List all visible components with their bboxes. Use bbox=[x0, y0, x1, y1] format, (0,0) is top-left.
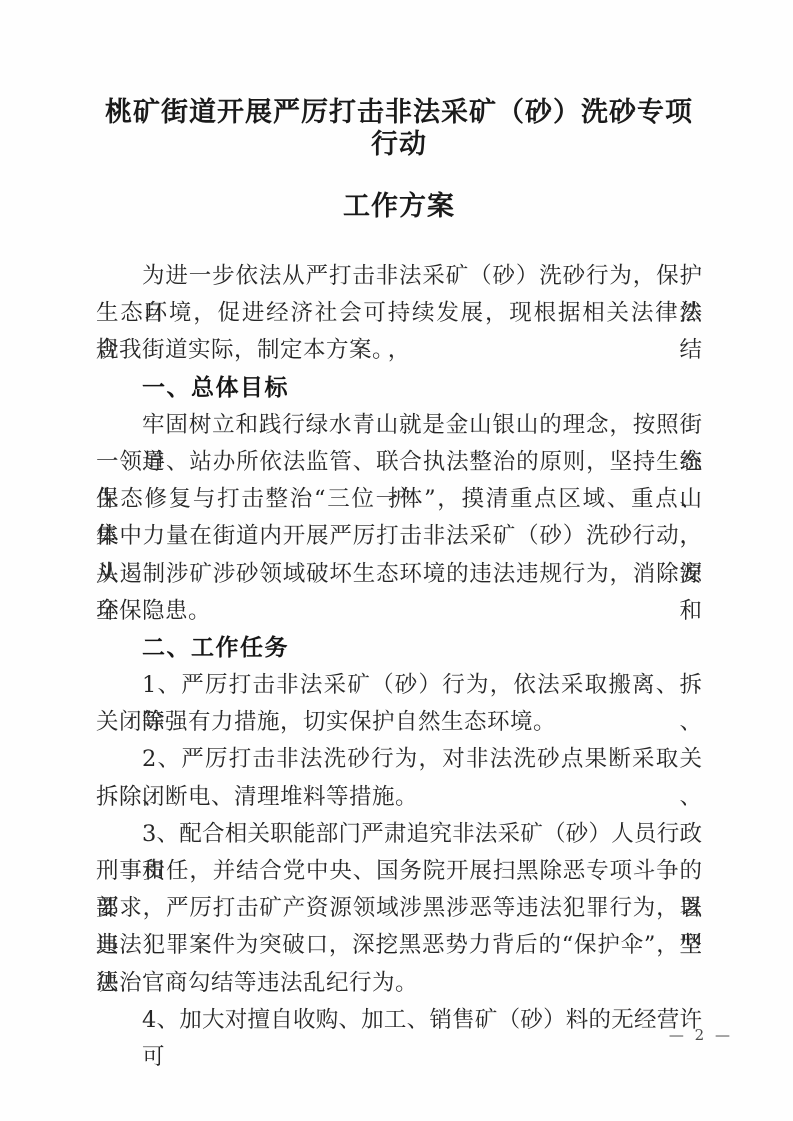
body-line: 一领导、站办所依法监管、联合执法整治的原则，坚持生态保护、 bbox=[96, 444, 702, 481]
section-heading: 一、总体目标 bbox=[96, 370, 702, 407]
body-line: 集中力量在街道内开展严厉打击非法采矿（砂）洗砂行动，从源 bbox=[96, 518, 702, 555]
body-line: 牢固树立和践行绿水青山就是金山银山的理念，按照街道统 bbox=[96, 407, 702, 444]
body-line: 1、严厉打击非法采矿（砂）行为，依法采取搬离、拆除、 bbox=[96, 667, 702, 704]
section-heading: 二、工作任务 bbox=[96, 630, 702, 667]
body-line: 惩治官商勾结等违法乱纪行为。 bbox=[96, 965, 702, 1002]
body-line: 4、加大对擅自收购、加工、销售矿（砂）料的无经营许可 bbox=[96, 1002, 702, 1039]
document-body: 为进一步依法从严打击非法采矿（砂）洗砂行为，保护自然生态环境，促进经济社会可持续… bbox=[96, 258, 702, 1039]
body-line: 头遏制涉矿涉砂领域破坏生态环境的违法违规行为，消除安全和 bbox=[96, 556, 702, 593]
document-title-line-1: 桃矿街道开展严厉打击非法采矿（砂）洗砂专项行动 bbox=[96, 97, 702, 161]
body-line: 刑事责任，并结合党中央、国务院开展扫黑除恶专项斗争的部署 bbox=[96, 853, 702, 890]
body-line: 2、严厉打击非法洗砂行为，对非法洗砂点果断采取关闭、 bbox=[96, 741, 702, 778]
body-line: 要求，严厉打击矿产资源领域涉黑涉恶等违法犯罪行为，以典型 bbox=[96, 890, 702, 927]
body-line: 为进一步依法从严打击非法采矿（砂）洗砂行为，保护自然 bbox=[96, 258, 702, 295]
document-content: 桃矿街道开展严厉打击非法采矿（砂）洗砂专项行动 工作方案 为进一步依法从严打击非… bbox=[96, 0, 702, 1039]
page-number: — 2 — bbox=[669, 1026, 733, 1044]
document-page: 桃矿街道开展严厉打击非法采矿（砂）洗砂专项行动 工作方案 为进一步依法从严打击非… bbox=[0, 0, 793, 1121]
body-line: 生态环境，促进经济社会可持续发展，现根据相关法律法规，结 bbox=[96, 295, 702, 332]
document-title-line-2: 工作方案 bbox=[96, 191, 702, 223]
body-line: 生态修复与打击整治“三位一体”，摸清重点区域、重点山体， bbox=[96, 481, 702, 518]
body-line: 违法犯罪案件为突破口，深挖黑恶势力背后的“保护伞”，坚决 bbox=[96, 927, 702, 964]
body-line: 3、配合相关职能部门严肃追究非法采矿（砂）人员行政和 bbox=[96, 816, 702, 853]
